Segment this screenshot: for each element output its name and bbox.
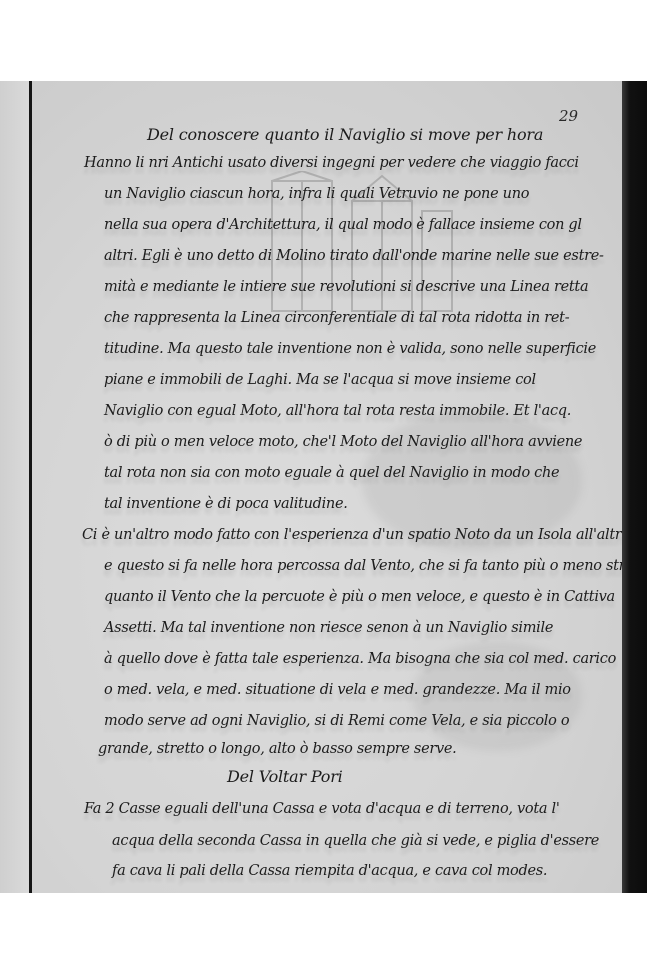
text-line: tal inventione è di poca valitudine. <box>104 496 348 512</box>
text-line: quanto il Vento che la percuote è più o … <box>104 589 615 605</box>
text-line: Hanno li nri Antichi usato diversi ingeg… <box>84 155 579 171</box>
text-line: Assetti. Ma tal inventione non riesce se… <box>104 620 553 636</box>
text-line: Naviglio con egual Moto, all'hora tal ro… <box>104 403 571 419</box>
manuscript-page: 29 Del conoscere quanto il Naviglio si m… <box>32 81 622 893</box>
text-line: acqua della seconda Cassa in quella che … <box>112 833 599 849</box>
text-line: o med. vela, e med. situatione di vela e… <box>104 682 571 698</box>
text-line: Ci è un'altro modo fatto con l'esperienz… <box>82 527 630 543</box>
text-line: titudine. Ma questo tale inventione non … <box>104 341 596 357</box>
text-line: che rappresenta la Linea circonferential… <box>104 310 569 326</box>
text-line: altri. Egli è uno detto di Molino tirato… <box>104 248 604 264</box>
facing-page-edge <box>0 81 30 893</box>
text-line: à quello dove è fatta tale esperienza. M… <box>104 651 616 667</box>
binding-shadow <box>622 81 647 893</box>
manuscript-scan: 29 Del conoscere quanto il Naviglio si m… <box>0 81 647 893</box>
viewport: 29 Del conoscere quanto il Naviglio si m… <box>0 0 647 975</box>
text-line: modo serve ad ogni Naviglio, si di Remi … <box>104 713 569 729</box>
text-line: nella sua opera d'Architettura, il qual … <box>104 217 582 233</box>
text-line: Fa 2 Casse eguali dell'una Cassa e vota … <box>84 801 560 817</box>
section-heading: Del conoscere quanto il Naviglio si move… <box>147 125 543 144</box>
text-line: ò di più o men veloce moto, che'l Moto d… <box>104 434 582 450</box>
manuscript-text: Del conoscere quanto il Naviglio si move… <box>32 81 622 893</box>
text-line: mità e mediante le intiere sue revolutio… <box>104 279 588 295</box>
section-heading: Del Voltar Pori <box>227 767 343 786</box>
text-line: grande, stretto o longo, alto ò basso se… <box>98 741 456 757</box>
text-line: piane e immobili de Laghi. Ma se l'acqua… <box>104 372 536 388</box>
text-line: fa cava li pali della Cassa riempita d'a… <box>112 863 547 879</box>
text-line: tal rota non sia con moto eguale à quel … <box>104 465 559 481</box>
text-line: e questo si fa nelle hora percossa dal V… <box>104 558 647 574</box>
text-line: un Naviglio ciascun hora, infra li quali… <box>104 186 529 202</box>
